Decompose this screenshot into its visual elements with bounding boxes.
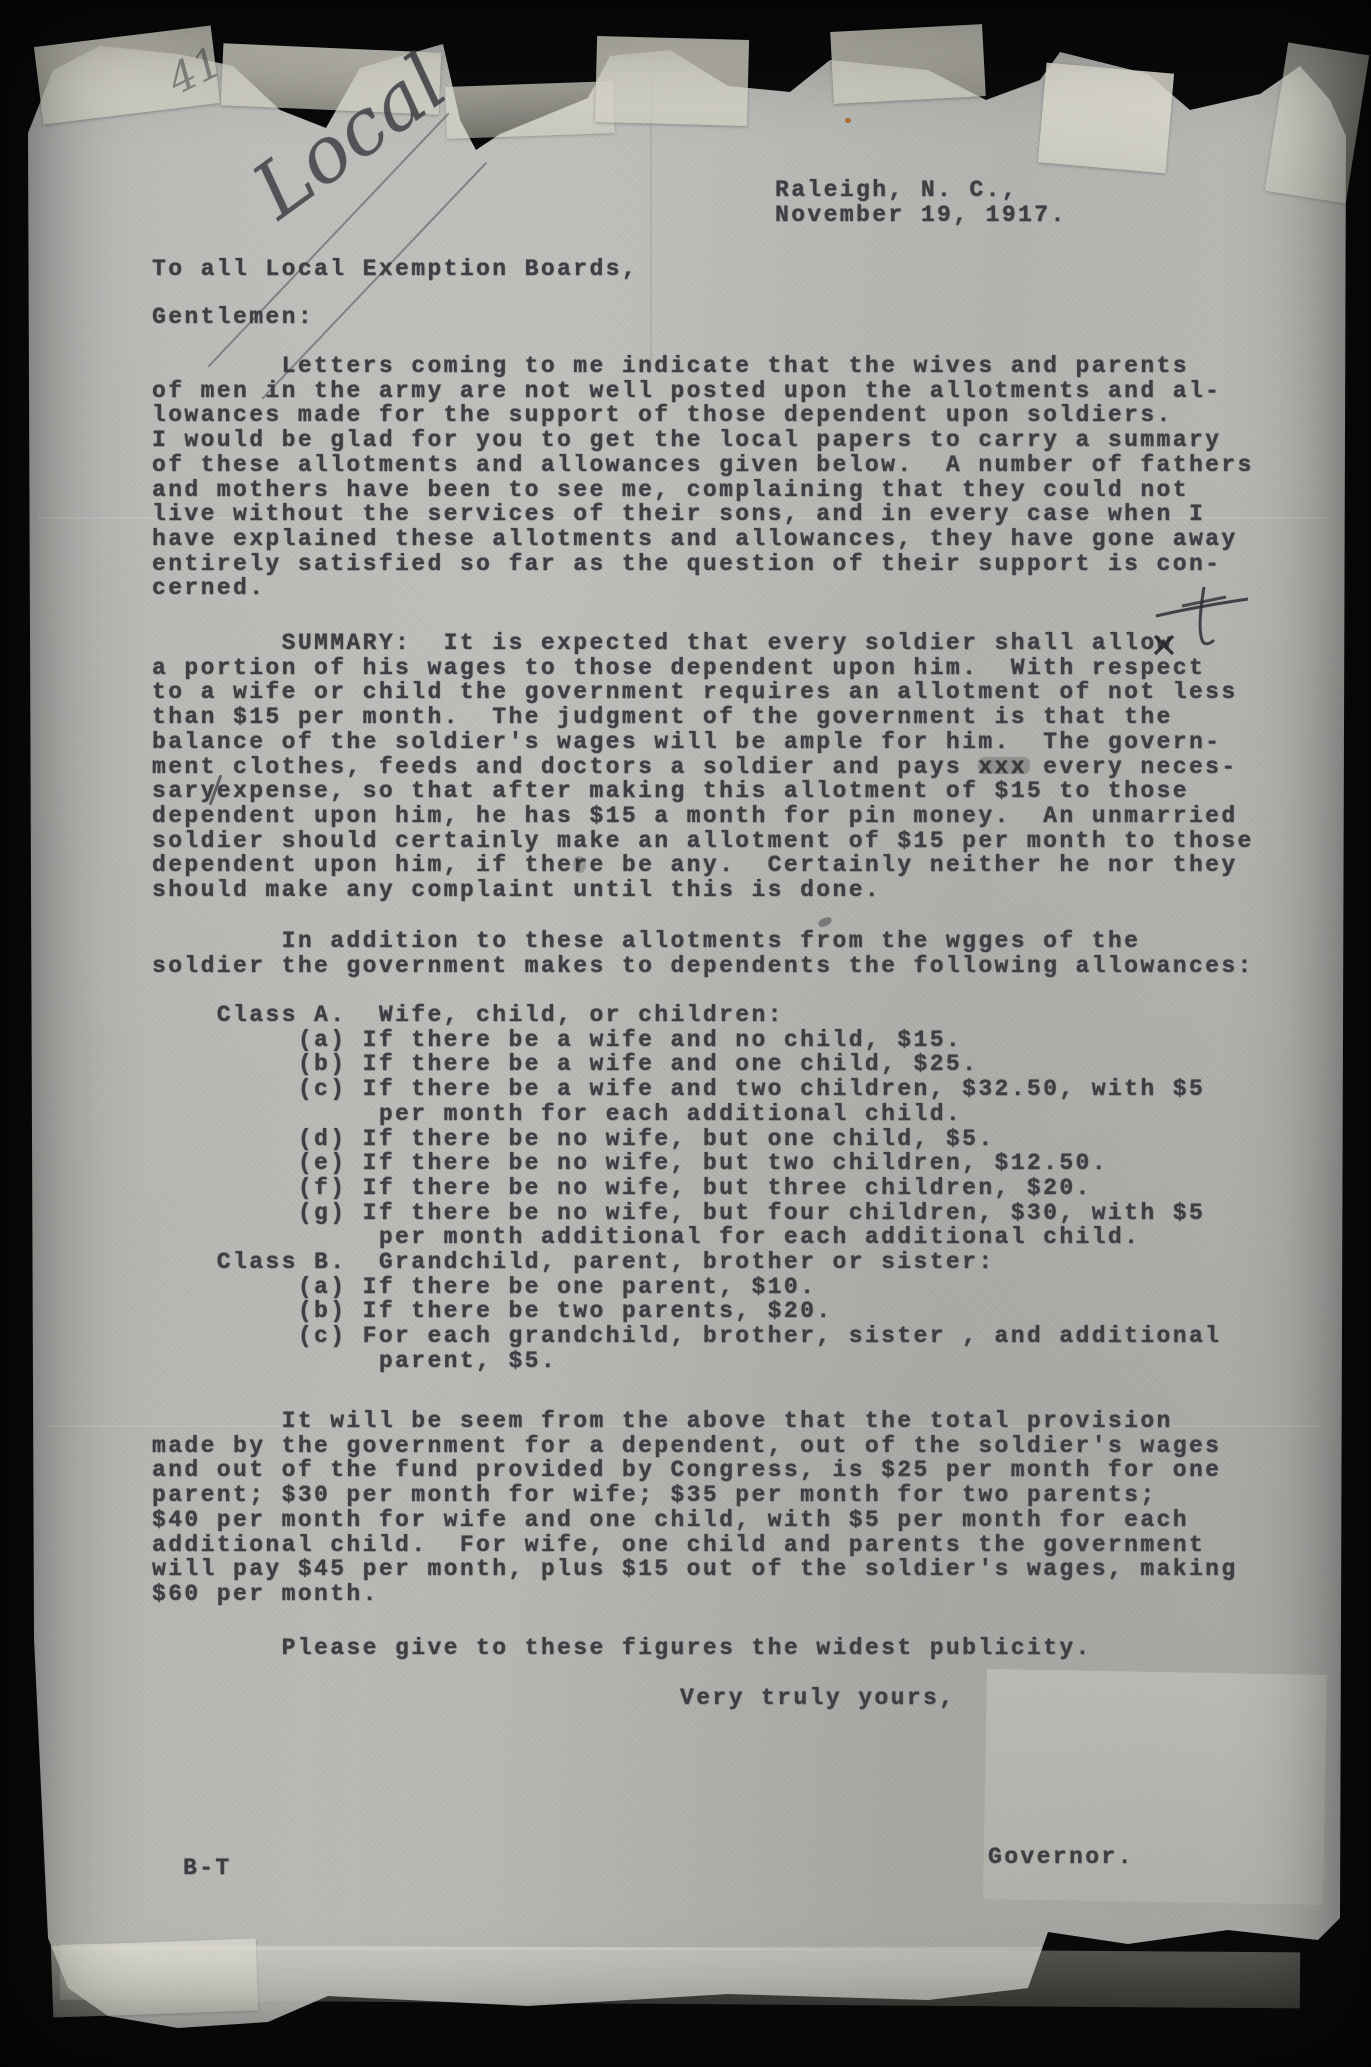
typist-initials: B-T [183,1856,232,1881]
paragraph-summary: SUMMARY: It is expected that every soldi… [152,631,1254,903]
bottom-fold-strip [60,1944,1300,2009]
closing-line: Very truly yours, [680,1686,955,1711]
allowance-class-list: Class A. Wife, child, or children: (a) I… [152,1003,1221,1374]
tape-piece-top-3 [445,81,615,139]
paragraph-publicity: Please give to these figures the widest … [152,1636,1092,1661]
pencil-correction-t [1152,582,1252,656]
address-line: To all Local Exemption Boards, [152,257,638,282]
orange-speck [845,118,851,123]
paragraph-intro: Letters coming to me indicate that the w… [152,354,1254,601]
signature-title: Governor. [988,1845,1134,1870]
overtyped-letter-blot-there [573,856,586,873]
salutation: Gentlemen: [152,305,314,330]
heading-place-date: Raleigh, N. C., November 19, 1917. [775,178,1067,227]
tape-piece-top-5 [830,24,986,104]
typed-strikeout-xxx-smudge [978,757,1030,774]
tape-piece-right-edge [1265,43,1369,204]
tape-piece-top-4 [595,36,749,126]
photographed-letter-scene: Local 41 Raleigh, N. C., November 19, 19… [0,0,1371,2067]
paragraph-totals: It will be seem from the above that the … [152,1409,1238,1607]
tape-piece-top-right [1038,63,1174,174]
paragraph-allowances-intro: In addition to these allotments from the… [152,929,1254,978]
